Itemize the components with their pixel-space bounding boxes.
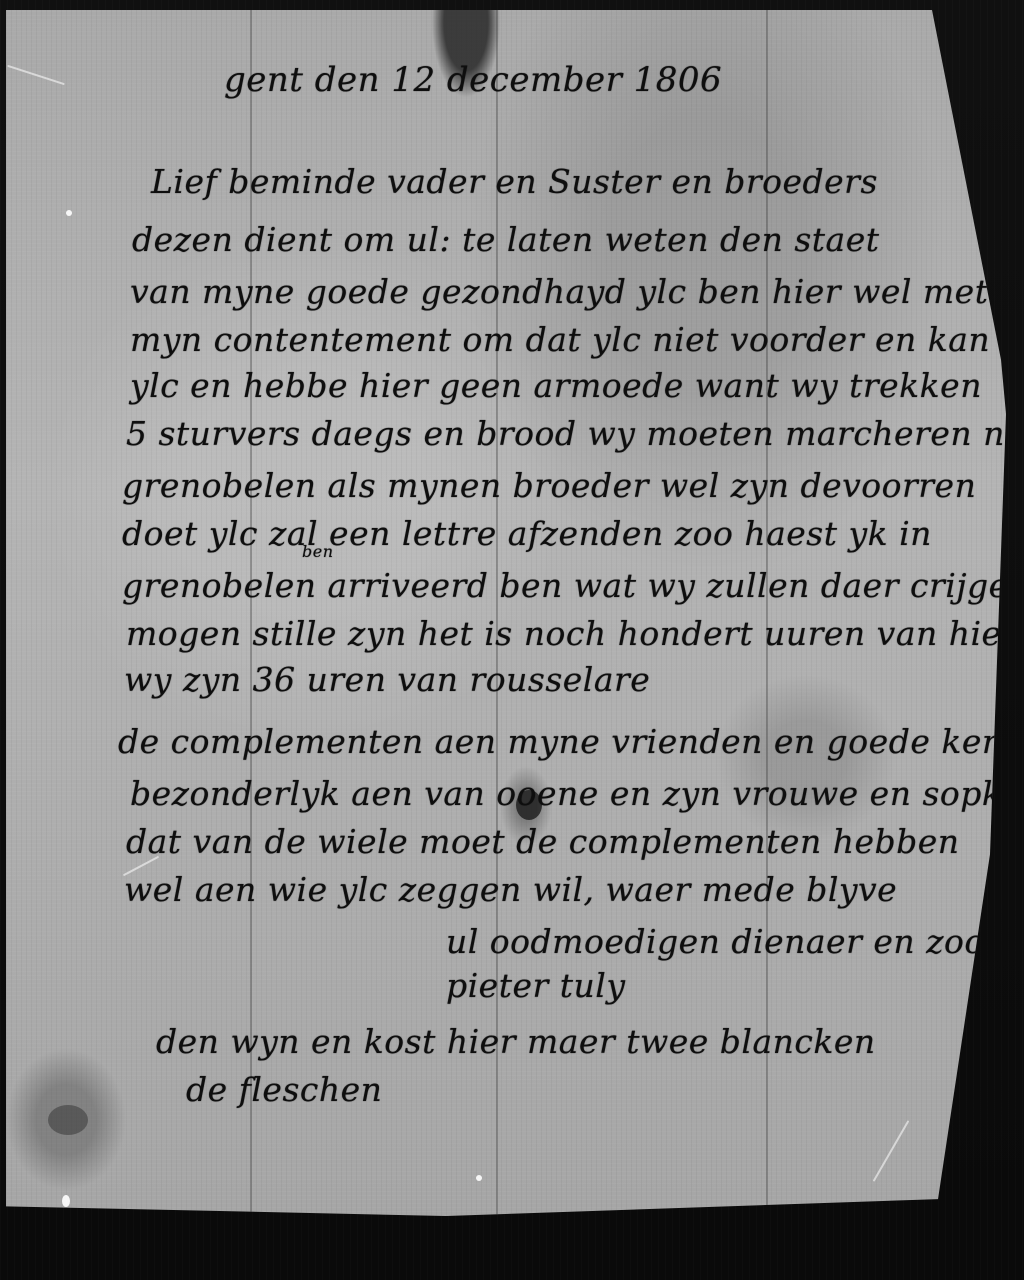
letter-body-line: dezen dient om ul: te laten weten den st… [132, 220, 880, 259]
letter-paper: gent den 12 december 1806 Lief beminde v… [6, 10, 1006, 1216]
letter-body-line: grenobelen als mynen broeder wel zyn dev… [122, 466, 976, 505]
paper-speck [66, 210, 72, 216]
scanned-letter-image: gent den 12 december 1806 Lief beminde v… [0, 0, 1024, 1280]
letter-body-line: myn contentement om dat ylc niet voorder… [130, 320, 990, 359]
interlinear-insertion: ben [302, 542, 334, 561]
paper-speck [476, 1175, 482, 1181]
paper-speck [62, 1195, 70, 1207]
letter-body-line: grenobelen arriveerd ben wat wy zullen d… [122, 566, 1024, 605]
letter-dateline: gent den 12 december 1806 [224, 60, 722, 100]
letter-body-line: ylc en hebbe hier geen armoede want wy t… [130, 366, 982, 405]
letter-body-line: wy zyn 36 uren van rousselare [124, 660, 650, 699]
letter-regards-line: wel aen wie ylc zeggen wil, waer mede bl… [124, 870, 897, 909]
letter-regards-line: bezonderlyk aen van ooene en zyn vrouwe … [130, 774, 1002, 813]
letter-postscript-line: den wyn en kost hier maer twee blancken [156, 1022, 876, 1061]
letter-closing: ul oodmoedigen dienaer en zoon [446, 922, 1007, 961]
paper-crease [873, 1120, 910, 1182]
letter-postscript-line: de fleschen [186, 1070, 382, 1109]
letter-body-line: 5 sturvers daegs en brood wy moeten marc… [126, 414, 1024, 453]
letter-body-line: doet ylc zal een lettre afzenden zoo hae… [122, 514, 932, 553]
letter-body-line: mogen stille zyn het is noch hondert uur… [126, 614, 1018, 653]
ink-stain [48, 1105, 88, 1135]
letter-signature: pieter tuly [446, 966, 625, 1005]
letter-body-line: van myne goede gezondhayd ylc ben hier w… [130, 272, 988, 311]
letter-regards-line: dat van de wiele moet de complementen he… [126, 822, 960, 861]
paper-crease [7, 65, 65, 85]
letter-regards-line: de complementen aen myne vrienden en goe… [118, 722, 1024, 761]
letter-salutation: Lief beminde vader en Suster en broeders [151, 162, 878, 201]
